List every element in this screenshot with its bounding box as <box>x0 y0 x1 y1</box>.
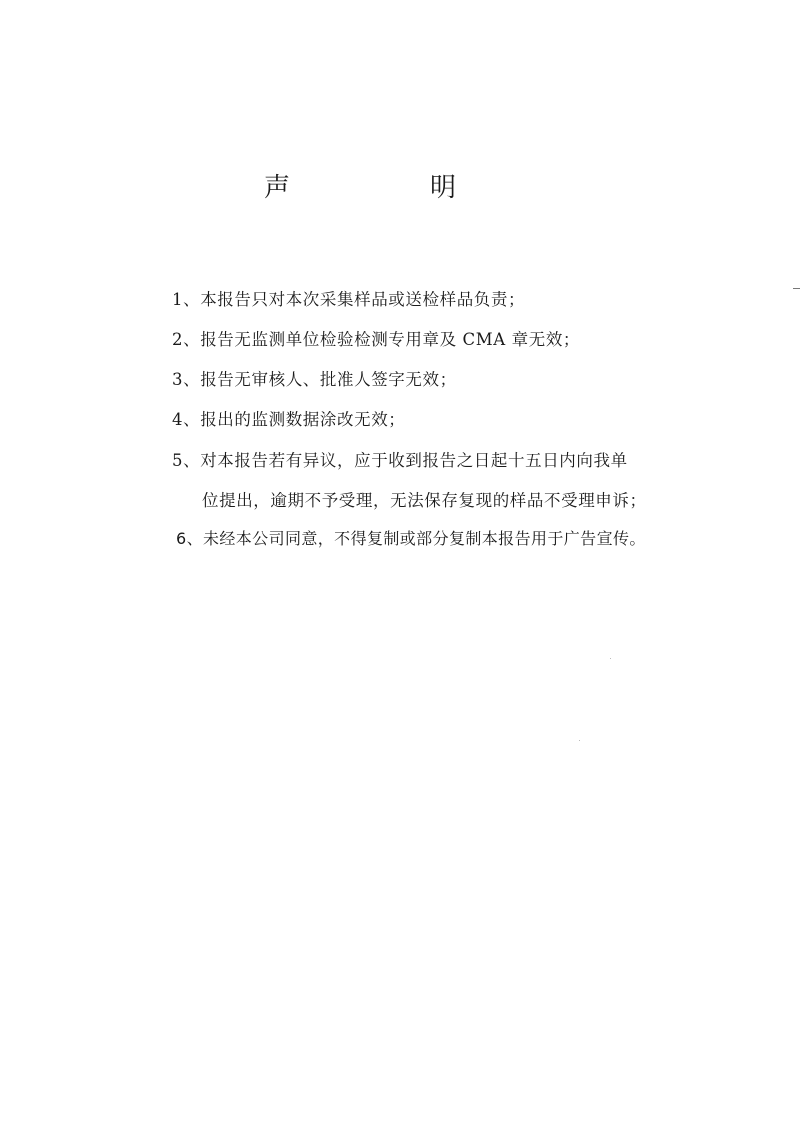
item-number: 1、 <box>172 288 200 312</box>
item-number: 3、 <box>172 368 200 392</box>
declaration-item-6: 6、未经本公司同意，不得复制或部分复制本报告用于广告宣传。 <box>176 527 646 551</box>
declaration-item-1: 1、本报告只对本次采集样品或送检样品负责； <box>172 288 525 312</box>
item-text: 报告无审核人、批准人签字无效； <box>200 370 457 389</box>
declaration-page: 声 明 1、本报告只对本次采集样品或送检样品负责； 2、报告无监测单位检验检测专… <box>0 0 800 1134</box>
item-text: 本报告只对本次采集样品或送检样品负责； <box>200 290 525 309</box>
item-text: 未经本公司同意，不得复制或部分复制本报告用于广告宣传。 <box>203 529 646 548</box>
title-char-2: 明 <box>430 168 456 208</box>
scan-edge-mark <box>793 288 800 289</box>
item-text: 报出的监测数据涂改无效； <box>200 410 405 429</box>
item-number: 4、 <box>172 408 200 432</box>
declaration-item-3: 3、报告无审核人、批准人签字无效； <box>172 368 457 392</box>
item-number: 2、 <box>172 328 200 352</box>
scan-speck <box>579 740 580 741</box>
declaration-item-5: 5、对本报告若有异议，应于收到报告之日起十五日内向我单 <box>172 449 628 473</box>
declaration-item-5-continuation: 位提出，逾期不予受理，无法保存复现的样品不受理申诉； <box>202 489 647 513</box>
item-text: 对本报告若有异议，应于收到报告之日起十五日内向我单 <box>200 451 628 470</box>
declaration-item-4: 4、报出的监测数据涂改无效； <box>172 408 405 432</box>
scan-speck <box>610 658 611 659</box>
declaration-item-2: 2、报告无监测单位检验检测专用章及 CMA 章无效； <box>172 328 580 352</box>
page-title: 声 明 <box>0 168 800 208</box>
item-number: 5、 <box>172 449 200 473</box>
title-char-1: 声 <box>264 168 290 208</box>
item-text-continuation: 位提出，逾期不予受理，无法保存复现的样品不受理申诉； <box>202 491 647 510</box>
item-number: 6、 <box>176 527 203 551</box>
item-text: 报告无监测单位检验检测专用章及 CMA 章无效； <box>200 330 580 349</box>
